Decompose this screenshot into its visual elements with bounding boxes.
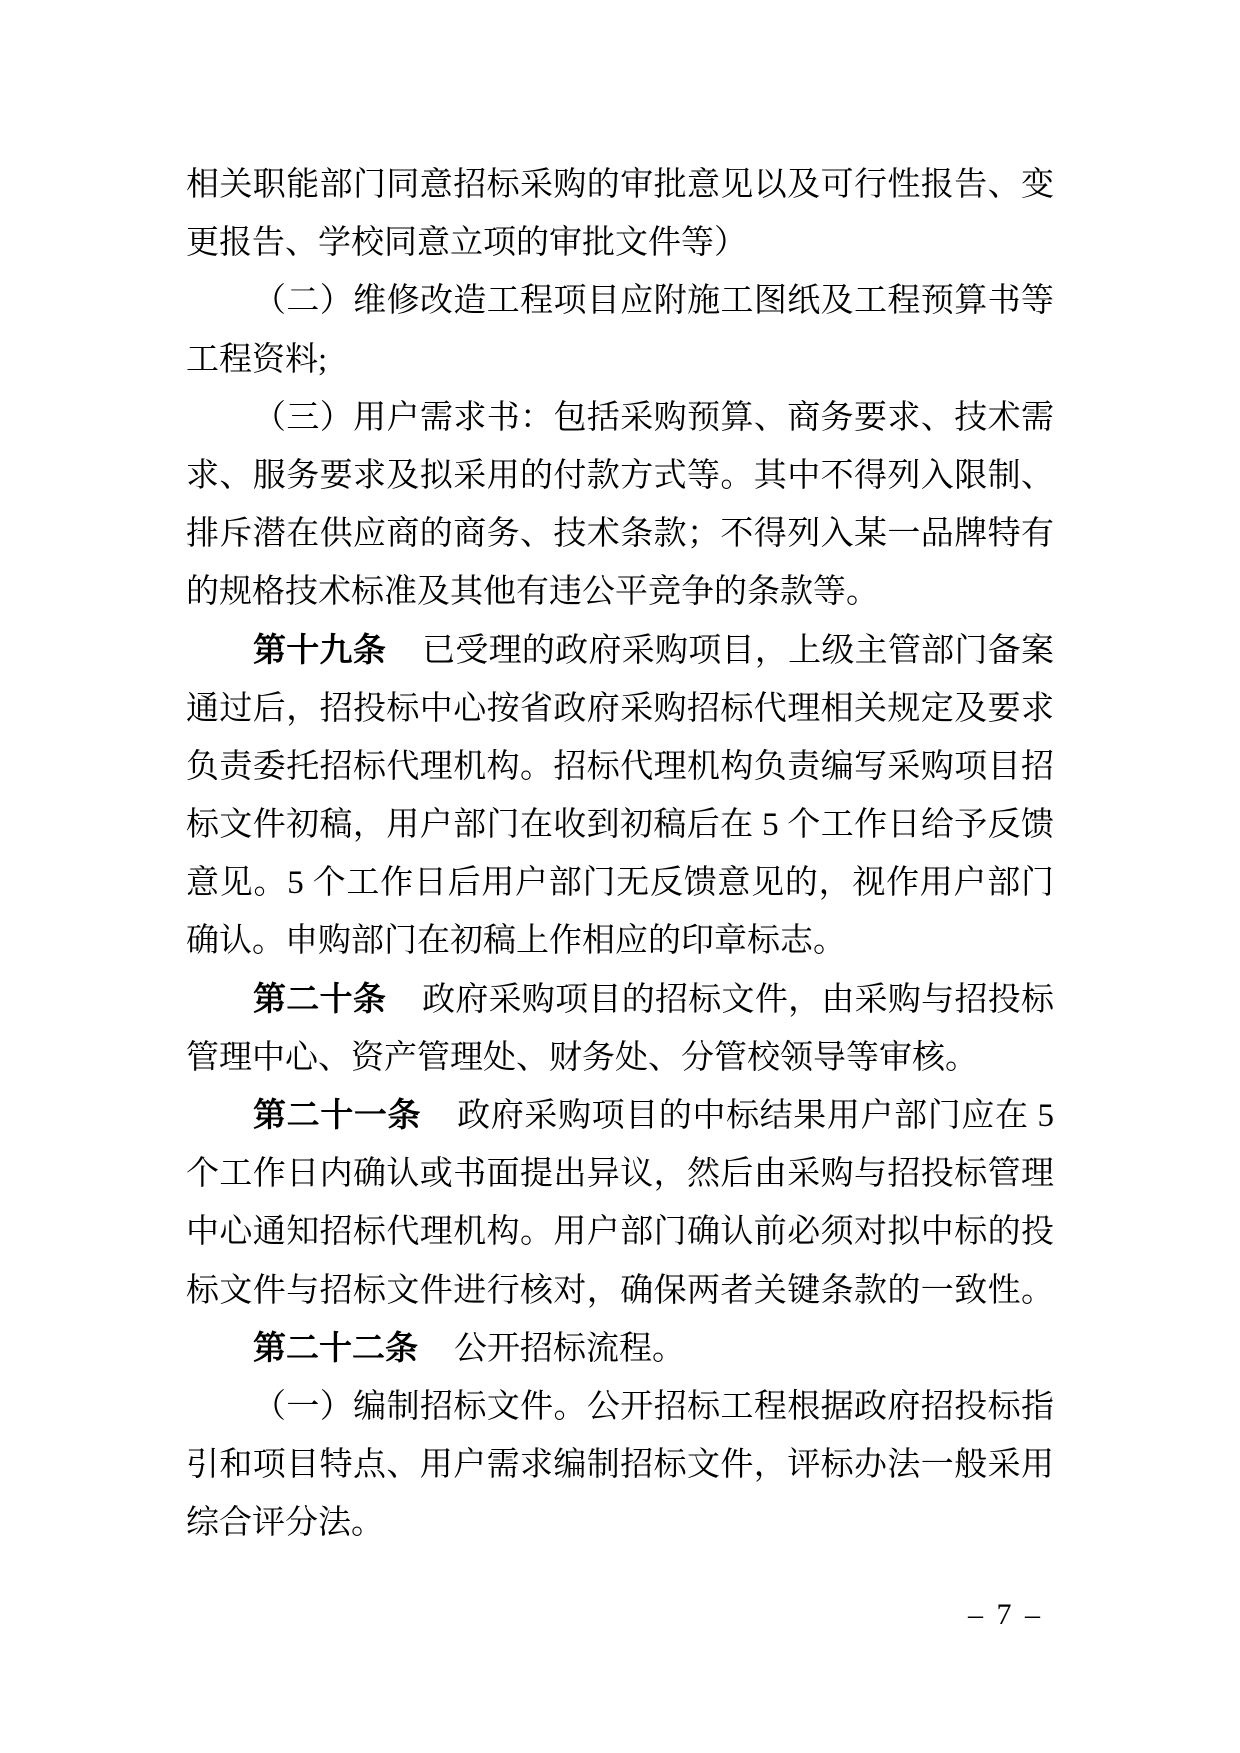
line-text: （二）维修改造工程项目应附施工图纸及工程预算书等 — [253, 283, 1054, 319]
article-number: 第二十条 — [253, 982, 386, 1018]
text-line: 的规格技术标准及其他有违公平竞争的条款等。 — [186, 563, 1054, 621]
text-line: （三）用户需求书：包括采购预算、商务要求、技术需 — [186, 389, 1054, 447]
text-line: 标文件初稿，用户部门在收到初稿后在 5 个工作日给予反馈 — [186, 796, 1054, 854]
line-text: 公开招标流程。 — [454, 1331, 685, 1367]
line-text: 综合评分法。 — [186, 1505, 384, 1541]
text-line: 求、服务要求及拟采用的付款方式等。其中不得列入限制、 — [186, 447, 1054, 505]
line-text: 政府采购项目的招标文件，由采购与招投标 — [422, 982, 1054, 1018]
text-line: 管理中心、资产管理处、财务处、分管校领导等审核。 — [186, 1029, 1054, 1087]
line-text: 更报告、学校同意立项的审批文件等） — [186, 225, 747, 261]
line-text: 相关职能部门同意招标采购的审批意见以及可行性报告、变 — [186, 167, 1054, 203]
text-line: 综合评分法。 — [186, 1494, 1054, 1552]
line-text: 标文件与招标文件进行核对，确保两者关键条款的一致性。 — [186, 1273, 1054, 1309]
article-number: 第二十二条 — [253, 1331, 418, 1367]
text-line: 负责委托招标代理机构。招标代理机构负责编写采购项目招 — [186, 738, 1054, 796]
text-line: 确认。申购部门在初稿上作相应的印章标志。 — [186, 912, 1054, 970]
line-text: 已受理的政府采购项目，上级主管部门备案 — [422, 633, 1054, 669]
line-text: 排斥潜在供应商的商务、技术条款；不得列入某一品牌特有 — [186, 516, 1054, 552]
article-number: 第十九条 — [253, 633, 386, 669]
line-text: 中心通知招标代理机构。用户部门确认前必须对拟中标的投 — [186, 1214, 1054, 1250]
text-line: 排斥潜在供应商的商务、技术条款；不得列入某一品牌特有 — [186, 505, 1054, 563]
text-line: 第二十条政府采购项目的招标文件，由采购与招投标 — [186, 971, 1054, 1029]
line-text: 意见。5 个工作日后用户部门无反馈意见的，视作用户部门 — [186, 865, 1054, 901]
line-text: 个工作日内确认或书面提出异议，然后由采购与招投标管理 — [186, 1156, 1054, 1192]
text-line: 第二十二条公开招标流程。 — [186, 1320, 1054, 1378]
article-number: 第二十一条 — [253, 1098, 421, 1134]
text-line: 第十九条已受理的政府采购项目，上级主管部门备案 — [186, 622, 1054, 680]
line-text: 负责委托招标代理机构。招标代理机构负责编写采购项目招 — [186, 749, 1054, 785]
text-line: 引和项目特点、用户需求编制招标文件，评标办法一般采用 — [186, 1436, 1054, 1494]
text-line: 第二十一条政府采购项目的中标结果用户部门应在 5 — [186, 1087, 1054, 1145]
text-line: 标文件与招标文件进行核对，确保两者关键条款的一致性。 — [186, 1262, 1054, 1320]
page-number: – 7 – — [968, 1598, 1043, 1632]
text-line: （一）编制招标文件。公开招标工程根据政府招投标指 — [186, 1378, 1054, 1436]
line-text: 政府采购项目的中标结果用户部门应在 5 — [457, 1098, 1054, 1134]
text-line: 意见。5 个工作日后用户部门无反馈意见的，视作用户部门 — [186, 854, 1054, 912]
text-line: 个工作日内确认或书面提出异议，然后由采购与招投标管理 — [186, 1145, 1054, 1203]
line-text: 的规格技术标准及其他有违公平竞争的条款等。 — [186, 574, 879, 610]
text-line: （二）维修改造工程项目应附施工图纸及工程预算书等 — [186, 272, 1054, 330]
text-line: 中心通知招标代理机构。用户部门确认前必须对拟中标的投 — [186, 1203, 1054, 1261]
line-text: 工程资料; — [186, 342, 327, 378]
line-text: 引和项目特点、用户需求编制招标文件，评标办法一般采用 — [186, 1447, 1054, 1483]
text-line: 相关职能部门同意招标采购的审批意见以及可行性报告、变 — [186, 156, 1054, 214]
document-body: 相关职能部门同意招标采购的审批意见以及可行性报告、变更报告、学校同意立项的审批文… — [186, 156, 1054, 1553]
text-line: 更报告、学校同意立项的审批文件等） — [186, 214, 1054, 272]
line-text: 求、服务要求及拟采用的付款方式等。其中不得列入限制、 — [186, 458, 1054, 494]
line-text: 标文件初稿，用户部门在收到初稿后在 5 个工作日给予反馈 — [186, 807, 1054, 843]
line-text: （一）编制招标文件。公开招标工程根据政府招投标指 — [253, 1389, 1054, 1425]
line-text: （三）用户需求书：包括采购预算、商务要求、技术需 — [253, 400, 1054, 436]
line-text: 确认。申购部门在初稿上作相应的印章标志。 — [186, 923, 846, 959]
text-line: 通过后，招投标中心按省政府采购招标代理相关规定及要求 — [186, 680, 1054, 738]
line-text: 管理中心、资产管理处、财务处、分管校领导等审核。 — [186, 1040, 978, 1076]
document-page: 相关职能部门同意招标采购的审批意见以及可行性报告、变更报告、学校同意立项的审批文… — [0, 0, 1240, 1753]
line-text: 通过后，招投标中心按省政府采购招标代理相关规定及要求 — [186, 691, 1054, 727]
text-line: 工程资料; — [186, 331, 1054, 389]
